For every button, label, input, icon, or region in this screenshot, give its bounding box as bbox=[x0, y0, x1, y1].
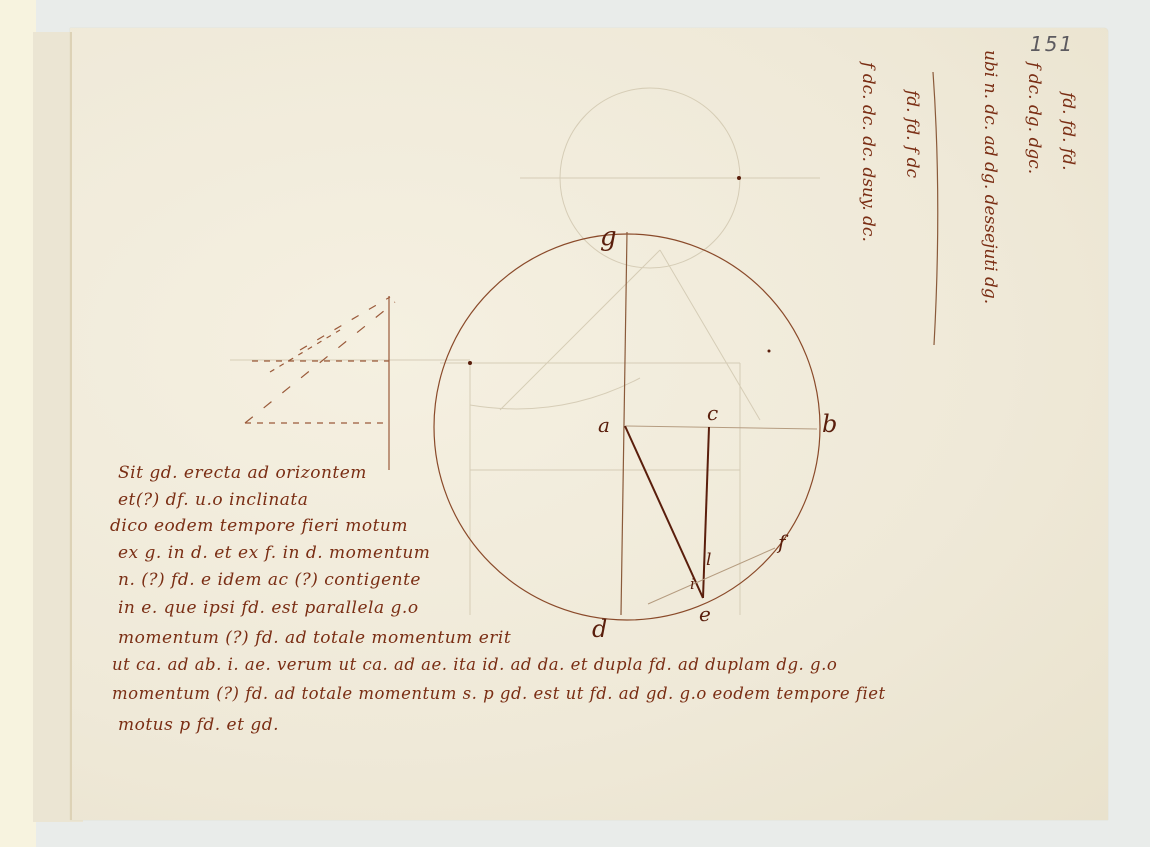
text-line: momentum (?) fd. ad totale momentum erit bbox=[118, 628, 511, 648]
label-a: a bbox=[598, 413, 610, 437]
line-ae bbox=[625, 426, 703, 598]
label-f: f bbox=[778, 530, 785, 554]
line-ab bbox=[626, 426, 817, 429]
text-line: Sit gd. erecta ad orizontem bbox=[118, 463, 367, 483]
label-g: g bbox=[600, 222, 617, 252]
label-c: c bbox=[707, 401, 718, 425]
point-dot bbox=[768, 350, 771, 353]
main-circle bbox=[434, 234, 820, 620]
margin-note: f dc. dc. dc. dsuy. dc. bbox=[858, 62, 878, 242]
margin-note: f dc. dg. dgc. bbox=[1024, 62, 1044, 174]
margin-note: fd. fd. f dc bbox=[902, 90, 922, 178]
margin-note: fd. fd. fd. bbox=[1058, 92, 1078, 171]
text-line: in e. que ipsi fd. est parallela g.o bbox=[118, 598, 419, 618]
text-line: ex g. in d. et ex f. in d. momentum bbox=[118, 543, 430, 563]
point-dot bbox=[737, 176, 741, 180]
line-df bbox=[648, 548, 775, 604]
inclined-plane-sketch bbox=[245, 296, 395, 470]
margin-note: ubi n. dc. ad dg. dessejuti dg. bbox=[980, 50, 1000, 304]
text-line: dico eodem tempore fieri motum bbox=[110, 516, 408, 536]
label-i: i bbox=[690, 575, 695, 593]
text-line: et(?) df. u.o inclinata bbox=[118, 490, 308, 510]
text-line: n. (?) fd. e idem ac (?) contigente bbox=[118, 570, 421, 590]
margin-rule bbox=[933, 72, 938, 345]
text-line: motus p fd. et gd. bbox=[118, 715, 279, 735]
text-line: momentum (?) fd. ad totale momentum s. p… bbox=[112, 684, 886, 703]
label-e: e bbox=[699, 602, 711, 626]
text-line: ut ca. ad ab. i. ae. verum ut ca. ad ae.… bbox=[112, 655, 837, 674]
line-ce bbox=[703, 427, 709, 598]
line-gd bbox=[621, 232, 627, 615]
label-l: l bbox=[706, 550, 711, 570]
label-b: b bbox=[822, 410, 837, 438]
point-dot bbox=[468, 361, 472, 365]
label-d: d bbox=[592, 615, 607, 643]
